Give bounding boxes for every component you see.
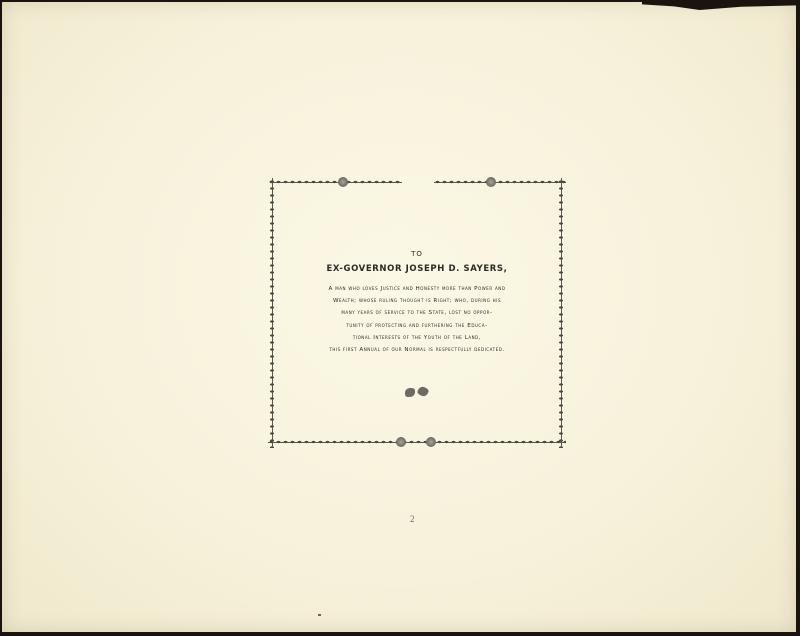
page-number: 2: [410, 514, 415, 524]
book-page: TO EX-GOVERNOR JOSEPH D. SAYERS, A man w…: [2, 2, 796, 632]
dedication-line: tunity of protecting and furthering the …: [268, 320, 566, 332]
torn-edge: [642, 2, 800, 10]
vine-ornament-bottom: [268, 438, 566, 446]
dedication-salutation: TO: [268, 250, 566, 258]
dedication-line: tional Interests of the Youth of the Lan…: [268, 332, 566, 344]
dedicatee-name: EX-GOVERNOR JOSEPH D. SAYERS,: [268, 264, 566, 274]
flower-icon: [486, 177, 496, 187]
vine-ornament-top-right: [434, 178, 566, 186]
floral-ornament-icon: [405, 386, 431, 398]
flower-icon: [426, 437, 436, 447]
flower-icon: [396, 437, 406, 447]
dedication-line: A man who loves Justice and Honesty more…: [268, 283, 566, 295]
dedication-line: Wealth; whose ruling thought is Right; w…: [268, 295, 566, 307]
flower-icon: [338, 177, 348, 187]
dedication-block: TO EX-GOVERNOR JOSEPH D. SAYERS, A man w…: [268, 250, 566, 356]
dedication-line: many years of service to the State, lost…: [268, 307, 566, 319]
vine-ornament-top-left: [268, 178, 402, 186]
paper-speck: [318, 614, 321, 616]
dedication-line: this first Annual of our Normal is respe…: [268, 344, 566, 356]
